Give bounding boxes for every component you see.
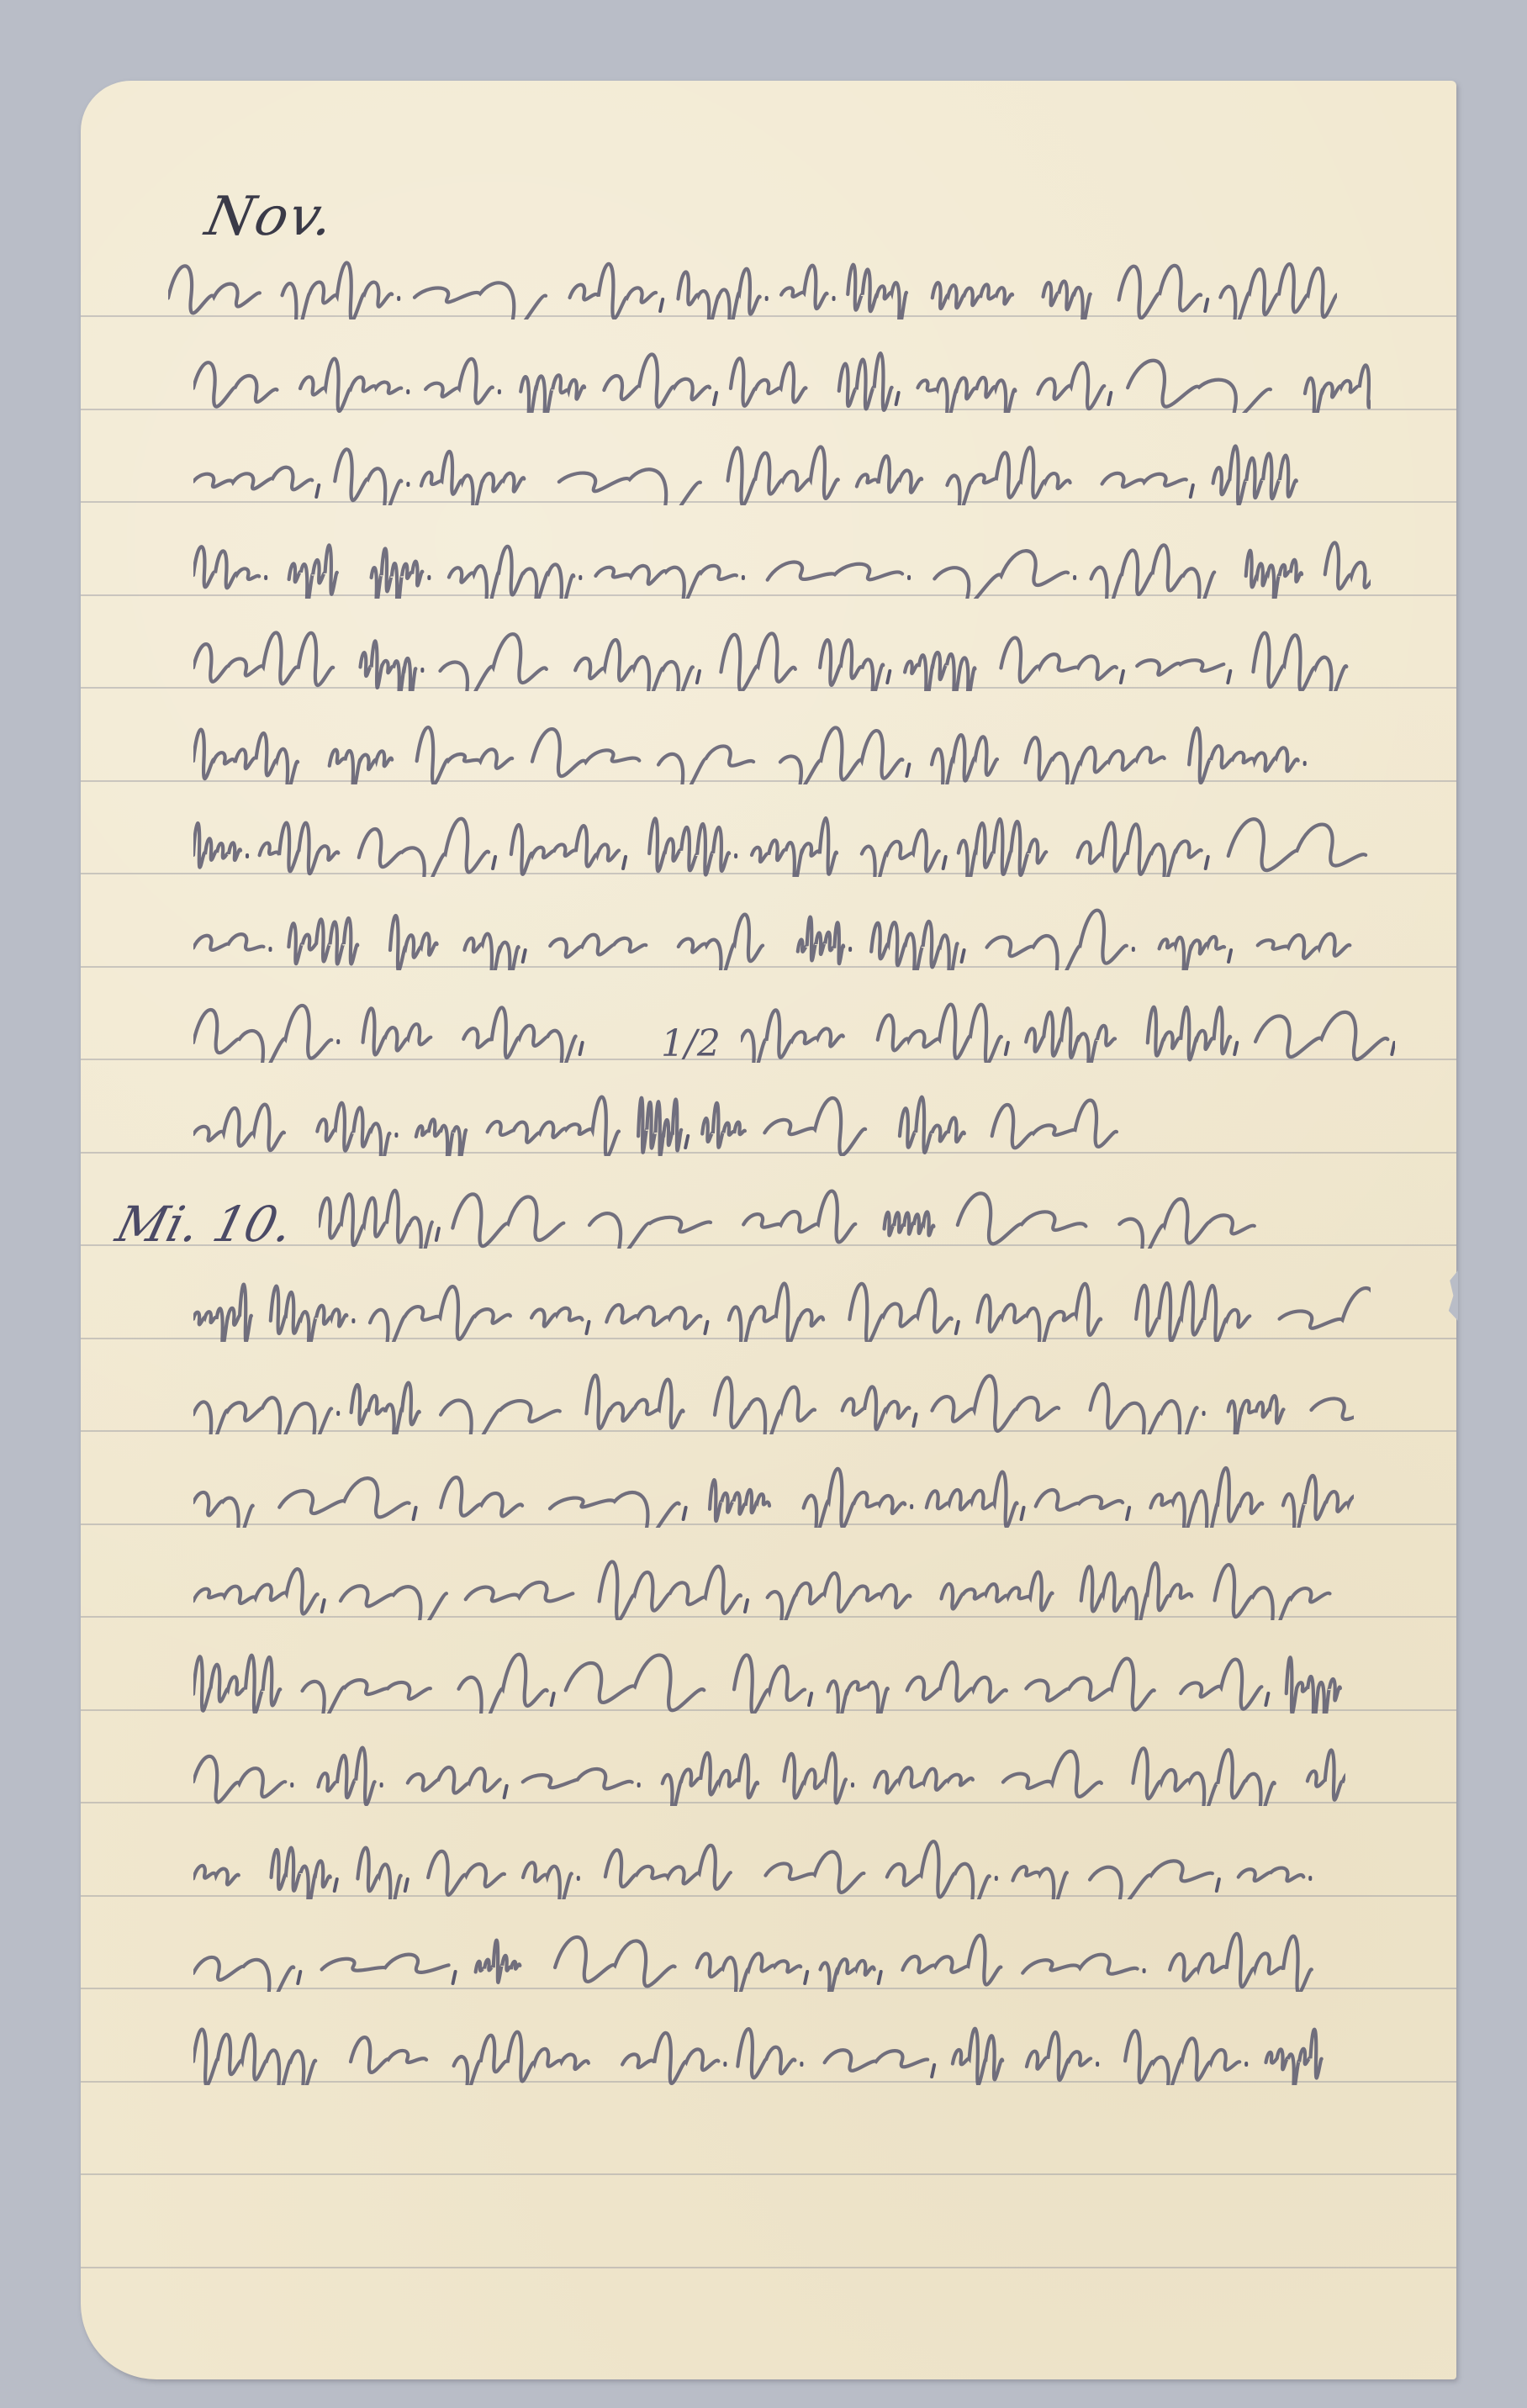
shorthand-strokes	[193, 1452, 1354, 1528]
shorthand-line: [shorthand, illegible]	[193, 801, 1371, 877]
entry-date-label: Mi. 10.	[112, 1200, 299, 1249]
shorthand-strokes	[193, 1824, 1354, 1899]
shorthand-strokes	[193, 615, 1371, 691]
shorthand-line: [shorthand, illegible]	[193, 1638, 1354, 1714]
shorthand-line: [shorthand, illegible]	[193, 1359, 1354, 1434]
shorthand-strokes	[168, 244, 1337, 319]
shorthand-strokes	[193, 1916, 1329, 1992]
shorthand-strokes	[193, 2009, 1354, 2085]
shorthand-strokes	[193, 895, 1354, 970]
shorthand-line: [shorthand, illegible]	[193, 1916, 1329, 1992]
fraction-mark: 1/2	[661, 1026, 721, 1063]
shorthand-strokes	[193, 801, 1371, 877]
shorthand-strokes	[193, 1080, 1135, 1156]
shorthand-strokes	[193, 337, 1371, 413]
shorthand-line: [shorthand, illegible]	[193, 1545, 1371, 1620]
shorthand-line: [shorthand, illegible]	[193, 430, 1354, 505]
shorthand-line: Mi. 10.[shorthand, illegible]	[118, 1173, 1260, 1249]
shorthand-line: [shorthand, illegible]	[193, 709, 1354, 784]
shorthand-line: [shorthand, illegible]	[193, 615, 1371, 691]
shorthand-line: [shorthand, illegible]1/2	[193, 987, 1395, 1063]
shorthand-line: [shorthand, illegible]	[168, 244, 1337, 319]
shorthand-strokes	[319, 1173, 1260, 1249]
shorthand-strokes	[741, 987, 1395, 1063]
shorthand-strokes	[193, 1359, 1354, 1434]
ruled-line	[81, 2267, 1456, 2268]
shorthand-line: [shorthand, illegible]	[193, 1080, 1135, 1156]
shorthand-strokes	[193, 1730, 1345, 1806]
shorthand-strokes	[193, 1266, 1371, 1342]
shorthand-line: [shorthand, illegible]	[193, 895, 1354, 970]
shorthand-line: [shorthand, illegible]	[193, 523, 1371, 599]
shorthand-line: [shorthand, illegible]	[193, 2009, 1354, 2085]
notebook-page: Nov. [shorthand, illegible][shorthand, i…	[81, 81, 1456, 2379]
shorthand-line: [shorthand, illegible]	[193, 337, 1371, 413]
shorthand-strokes	[193, 1638, 1354, 1714]
shorthand-strokes	[193, 987, 641, 1063]
shorthand-line: [shorthand, illegible]	[193, 1824, 1354, 1899]
shorthand-line: [shorthand, illegible]	[193, 1266, 1371, 1342]
shorthand-strokes	[193, 709, 1354, 784]
shorthand-line: [shorthand, illegible]	[193, 1730, 1345, 1806]
month-heading: Nov.	[200, 186, 341, 248]
shorthand-strokes	[193, 523, 1371, 599]
shorthand-strokes	[193, 1545, 1371, 1620]
ruled-line	[81, 2173, 1456, 2175]
shorthand-line: [shorthand, illegible]	[193, 1452, 1354, 1528]
shorthand-strokes	[193, 430, 1354, 505]
